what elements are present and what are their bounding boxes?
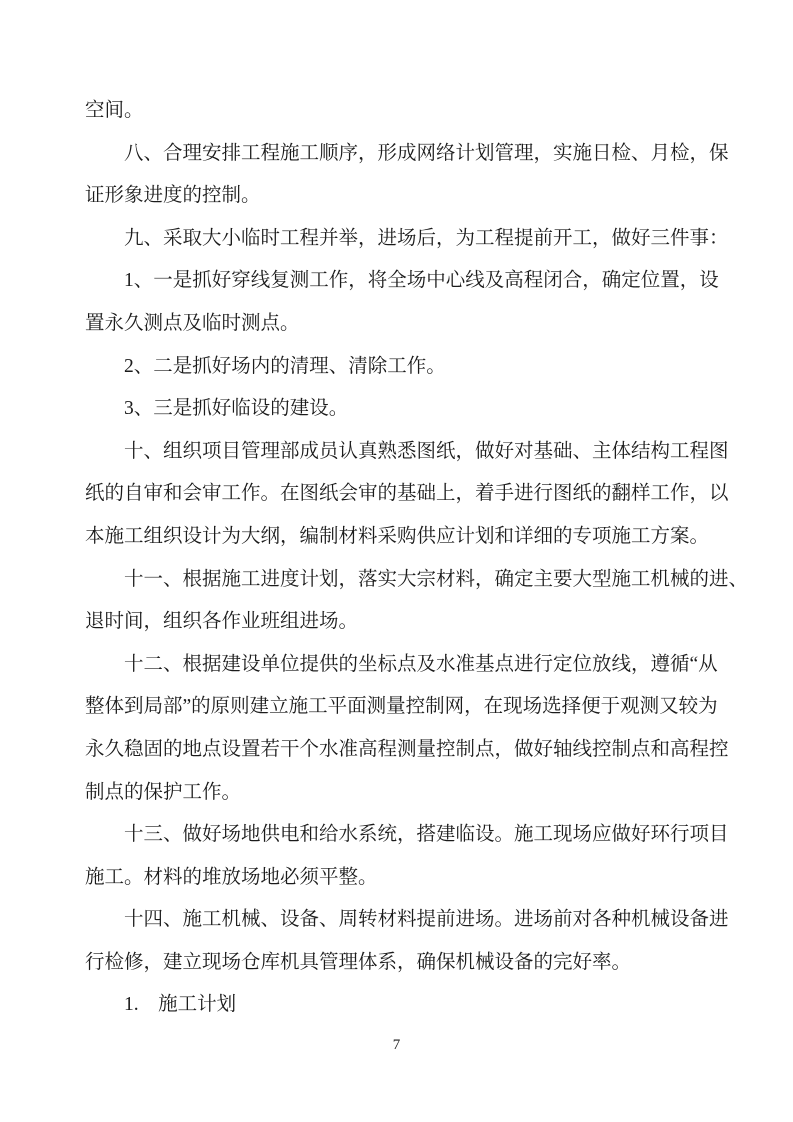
text-line: 十二、根据建设单位提供的坐标点及水准基点进行定位放线，遵循“从 — [85, 644, 730, 687]
text-line: 八、合理安排工程施工顺序，形成网络计划管理，实施日检、月检，保 — [85, 133, 730, 176]
text-line: 制点的保护工作。 — [85, 772, 730, 815]
document-page: 空间。 八、合理安排工程施工顺序，形成网络计划管理，实施日检、月检，保 证形象进… — [0, 0, 793, 1122]
text-line: 十四、施工机械、设备、周转材料提前进场。进场前对各种机械设备进 — [85, 899, 730, 942]
text-line: 十、组织项目管理部成员认真熟悉图纸，做好对基础、主体结构工程图 — [85, 431, 730, 474]
text-line: 十三、做好场地供电和给水系统，搭建临设。施工现场应做好环行项目 — [85, 814, 730, 857]
section-heading: 1. 施工计划 — [85, 984, 730, 1027]
text-line: 施工。材料的堆放场地必须平整。 — [85, 857, 730, 900]
page-number: 7 — [0, 1034, 793, 1056]
text-line: 本施工组织设计为大纲，编制材料采购供应计划和详细的专项施工方案。 — [85, 516, 730, 559]
text-line: 1、一是抓好穿线复测工作，将全场中心线及高程闭合，确定位置，设 — [85, 260, 730, 303]
text-line: 证形象进度的控制。 — [85, 175, 730, 218]
text-line: 十一、根据施工进度计划，落实大宗材料，确定主要大型施工机械的进、 — [85, 559, 730, 602]
text-line: 纸的自审和会审工作。在图纸会审的基础上，着手进行图纸的翻样工作，以 — [85, 473, 730, 516]
text-line: 退时间，组织各作业班组进场。 — [85, 601, 730, 644]
text-line: 空间。 — [85, 90, 730, 133]
text-line: 2、二是抓好场内的清理、清除工作。 — [85, 346, 730, 389]
text-line: 九、采取大小临时工程并举，进场后，为工程提前开工，做好三件事： — [85, 218, 730, 261]
text-line: 3、三是抓好临设的建设。 — [85, 388, 730, 431]
text-line: 永久稳固的地点设置若干个水准高程测量控制点，做好轴线控制点和高程控 — [85, 729, 730, 772]
text-line: 整体到局部”的原则建立施工平面测量控制网，在现场选择便于观测又较为 — [85, 686, 730, 729]
document-body: 空间。 八、合理安排工程施工顺序，形成网络计划管理，实施日检、月检，保 证形象进… — [85, 90, 730, 1027]
text-line: 置永久测点及临时测点。 — [85, 303, 730, 346]
text-line: 行检修，建立现场仓库机具管理体系，确保机械设备的完好率。 — [85, 942, 730, 985]
